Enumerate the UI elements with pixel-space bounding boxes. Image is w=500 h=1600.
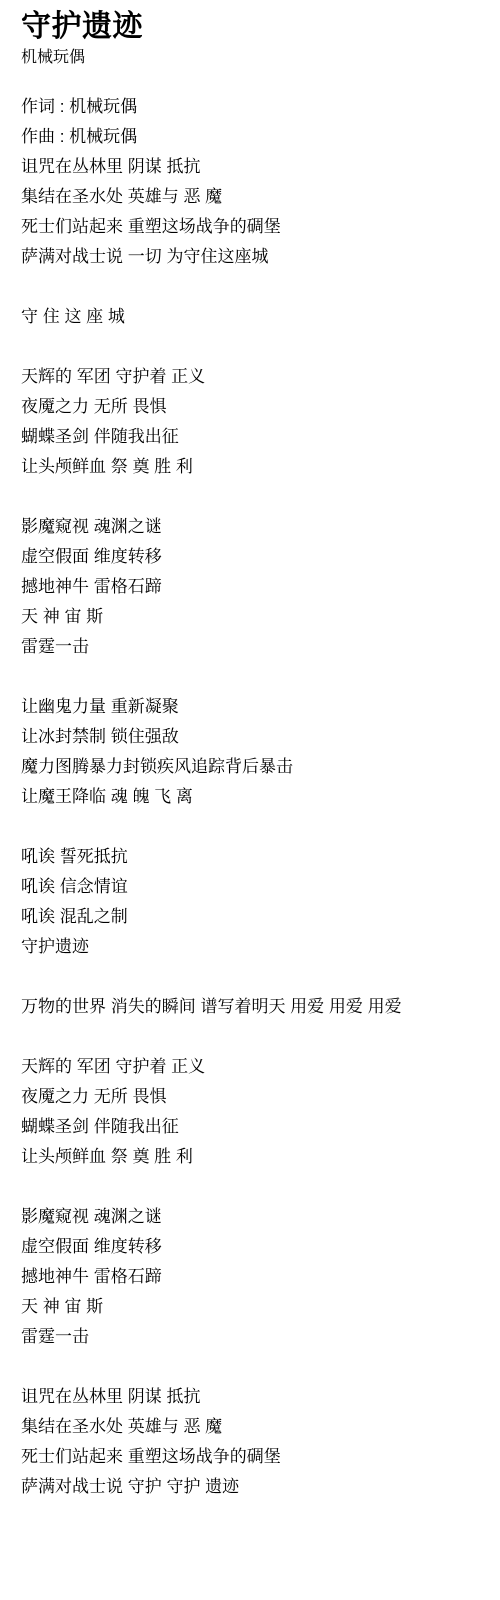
lyric-line: 集结在圣水处 英雄与 恶 魔 xyxy=(21,182,482,212)
lyric-line: 影魔窥视 魂渊之谜 xyxy=(21,1202,482,1232)
lyric-line: 吼诶 信念情谊 xyxy=(21,872,482,902)
lyric-line: 撼地神牛 雷格石蹄 xyxy=(21,572,482,602)
lyrics-stanza: 诅咒在丛林里 阴谋 抵抗 集结在圣水处 英雄与 恶 魔 死士们站起来 重塑这场战… xyxy=(21,1382,482,1502)
page-title: 守护遗迹 xyxy=(21,10,482,45)
lyric-line: 虚空假面 维度转移 xyxy=(21,542,482,572)
lyric-line: 天辉的 军团 守护着 正义 xyxy=(21,362,482,392)
lyrics-stanza: 守 住 这 座 城 xyxy=(21,302,482,332)
lyric-line: 让魔王降临 魂 魄 飞 离 xyxy=(21,782,482,812)
lyric-line: 守护遗迹 xyxy=(21,932,482,962)
lyrics-stanza: 影魔窥视 魂渊之谜 虚空假面 维度转移 撼地神牛 雷格石蹄 天 神 宙 斯 雷霆… xyxy=(21,512,482,662)
lyric-line: 让冰封禁制 锁住强敌 xyxy=(21,722,482,752)
artist-name: 机械玩偶 xyxy=(21,48,482,67)
lyric-line: 蝴蝶圣剑 伴随我出征 xyxy=(21,422,482,452)
lyric-line: 撼地神牛 雷格石蹄 xyxy=(21,1262,482,1292)
lyric-line: 虚空假面 维度转移 xyxy=(21,1232,482,1262)
lyrics-stanza: 让幽鬼力量 重新凝聚 让冰封禁制 锁住强敌 魔力图腾暴力封锁疾风追踪背后暴击 让… xyxy=(21,692,482,812)
lyric-line: 雷霆一击 xyxy=(21,1322,482,1352)
lyric-line-credit-composer: 作曲 : 机械玩偶 xyxy=(21,122,482,152)
lyrics-body: 作词 : 机械玩偶 作曲 : 机械玩偶 诅咒在丛林里 阴谋 抵抗 集结在圣水处 … xyxy=(21,92,482,1502)
lyric-line: 吼诶 誓死抵抗 xyxy=(21,842,482,872)
lyric-line: 让头颅鲜血 祭 奠 胜 利 xyxy=(21,452,482,482)
lyrics-stanza: 吼诶 誓死抵抗 吼诶 信念情谊 吼诶 混乱之制 守护遗迹 xyxy=(21,842,482,962)
lyric-line: 死士们站起来 重塑这场战争的碉堡 xyxy=(21,212,482,242)
lyric-line: 魔力图腾暴力封锁疾风追踪背后暴击 xyxy=(21,752,482,782)
lyric-line: 集结在圣水处 英雄与 恶 魔 xyxy=(21,1412,482,1442)
lyric-line: 夜魇之力 无所 畏惧 xyxy=(21,392,482,422)
lyrics-stanza: 天辉的 军团 守护着 正义 夜魇之力 无所 畏惧 蝴蝶圣剑 伴随我出征 让头颅鲜… xyxy=(21,362,482,482)
lyric-line: 天 神 宙 斯 xyxy=(21,602,482,632)
lyric-line: 夜魇之力 无所 畏惧 xyxy=(21,1082,482,1112)
lyrics-stanza: 天辉的 军团 守护着 正义 夜魇之力 无所 畏惧 蝴蝶圣剑 伴随我出征 让头颅鲜… xyxy=(21,1052,482,1172)
lyric-line: 萨满对战士说 一切 为守住这座城 xyxy=(21,242,482,272)
lyric-line: 让幽鬼力量 重新凝聚 xyxy=(21,692,482,722)
lyric-line: 吼诶 混乱之制 xyxy=(21,902,482,932)
lyric-line: 蝴蝶圣剑 伴随我出征 xyxy=(21,1112,482,1142)
lyric-line: 守 住 这 座 城 xyxy=(21,302,482,332)
lyric-line: 诅咒在丛林里 阴谋 抵抗 xyxy=(21,1382,482,1412)
lyric-line: 天 神 宙 斯 xyxy=(21,1292,482,1322)
lyric-line: 诅咒在丛林里 阴谋 抵抗 xyxy=(21,152,482,182)
lyric-line-credit-lyricist: 作词 : 机械玩偶 xyxy=(21,92,482,122)
lyrics-page: 守护遗迹 机械玩偶 作词 : 机械玩偶 作曲 : 机械玩偶 诅咒在丛林里 阴谋 … xyxy=(0,0,500,1502)
lyrics-stanza: 作词 : 机械玩偶 作曲 : 机械玩偶 诅咒在丛林里 阴谋 抵抗 集结在圣水处 … xyxy=(21,92,482,272)
lyric-line: 影魔窥视 魂渊之谜 xyxy=(21,512,482,542)
lyric-line: 万物的世界 消失的瞬间 谱写着明天 用爱 用爱 用爱 xyxy=(21,992,482,1022)
lyrics-stanza: 影魔窥视 魂渊之谜 虚空假面 维度转移 撼地神牛 雷格石蹄 天 神 宙 斯 雷霆… xyxy=(21,1202,482,1352)
lyric-line: 天辉的 军团 守护着 正义 xyxy=(21,1052,482,1082)
lyric-line: 死士们站起来 重塑这场战争的碉堡 xyxy=(21,1442,482,1472)
lyrics-stanza: 万物的世界 消失的瞬间 谱写着明天 用爱 用爱 用爱 xyxy=(21,992,482,1022)
lyric-line: 雷霆一击 xyxy=(21,632,482,662)
lyric-line: 让头颅鲜血 祭 奠 胜 利 xyxy=(21,1142,482,1172)
lyric-line: 萨满对战士说 守护 守护 遗迹 xyxy=(21,1472,482,1502)
